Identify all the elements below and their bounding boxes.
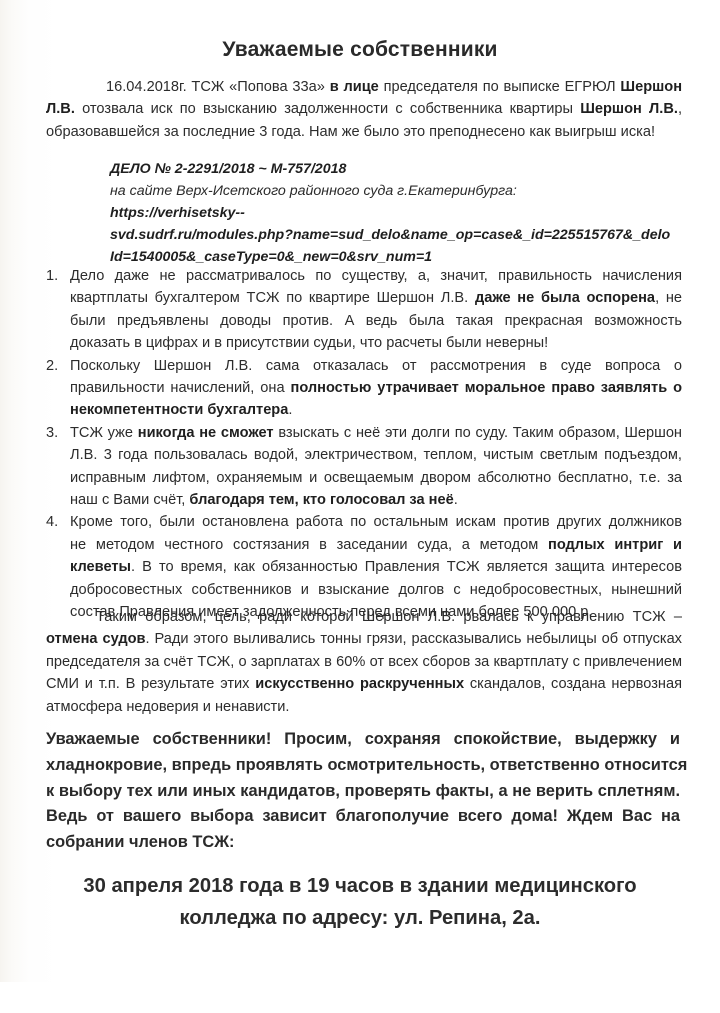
bold-text: клеветы <box>70 559 131 575</box>
text: атмосфера недоверия и ненависти. <box>46 699 289 715</box>
text: добросовестных собственников и взыскание… <box>70 582 682 598</box>
text: доказать в цифрах и в присутствии судьи,… <box>70 335 548 351</box>
text-line: на сайте Верх-Исетского районного суда г… <box>110 180 695 202</box>
text: , <box>678 101 682 117</box>
text-line: Поскольку Шершон Л.В. сама отказалась от… <box>70 355 682 377</box>
text-line: доказать в цифрах и в присутствии судьи,… <box>70 332 682 354</box>
meeting-line-2: колледжа по адресу: ул. Репина, 2а. <box>0 902 720 934</box>
text-line: были предъявлены доводы против. А ведь б… <box>70 310 682 332</box>
meeting-announcement: 30 апреля 2018 года в 19 часов в здании … <box>0 870 720 934</box>
case-reference: ДЕЛО № 2-2291/2018 ~ М-757/2018на сайте … <box>110 158 695 268</box>
list-item: 1.Дело даже не рассматривалось по сущест… <box>46 265 682 355</box>
conclusion-paragraph: Таким образом, цель, ради которой Шершон… <box>46 606 682 718</box>
bold-text: Шершон <box>620 79 682 95</box>
text: председателя за счёт ТСЖ, о зарплатах в … <box>46 654 682 670</box>
list-item-text: Дело даже не рассматривалось по существу… <box>70 265 682 355</box>
list-number: 3. <box>46 422 58 444</box>
text: . В то время, как обязанностью Правления… <box>131 559 682 575</box>
text: правильности начислений, она <box>70 380 291 396</box>
bold-text: некомпетентности бухгалтера <box>70 402 288 418</box>
list-item-text: Поскольку Шершон Л.В. сама отказалась от… <box>70 355 682 422</box>
text-line: ДЕЛО № 2-2291/2018 ~ М-757/2018 <box>110 158 695 180</box>
text: 16.04.2018г. ТСЖ «Попова 33а» <box>106 79 330 95</box>
text-line: председателя за счёт ТСЖ, о зарплатах в … <box>46 651 682 673</box>
text-line: клеветы. В то время, как обязанностью Пр… <box>70 556 682 578</box>
list-number: 1. <box>46 265 58 287</box>
text-line: 16.04.2018г. ТСЖ «Попова 33а» в лице пре… <box>46 76 682 98</box>
text: были предъявлены доводы против. А ведь б… <box>70 313 682 329</box>
bold-text: Id=1540005&_caseType=0&_new=0&srv_num=1 <box>110 249 432 265</box>
bold-text: никогда не сможет <box>138 425 274 441</box>
text: не методом честного состязания в заседан… <box>70 537 548 553</box>
text: . <box>454 492 458 508</box>
appeal-line: собрании членов ТСЖ: <box>46 830 680 856</box>
list-item: 3.ТСЖ уже никогда не сможет взыскать с н… <box>46 422 682 512</box>
text: председателя по выписке ЕГРЮЛ <box>379 79 621 95</box>
appeal-line: Уважаемые собственники! Просим, сохраняя… <box>46 727 680 753</box>
bold-text: Л.В. <box>46 101 75 117</box>
bold-text: подлых интриг и <box>548 537 682 553</box>
appeal-line: Ведь от вашего выбора зависит благополуч… <box>46 804 680 830</box>
bold-text: https://verhisetsky-- <box>110 205 245 221</box>
text-line: svd.sudrf.ru/modules.php?name=sud_delo&n… <box>110 224 695 246</box>
list-item: 2.Поскольку Шершон Л.В. сама отказалась … <box>46 355 682 422</box>
list-number: 2. <box>46 355 58 377</box>
bold-text: в лице <box>330 79 379 95</box>
text: , не <box>655 290 682 306</box>
text-line: СМИ и т.п. В результате этих искусственн… <box>46 673 682 695</box>
text-line: добросовестных собственников и взыскание… <box>70 579 682 601</box>
scanned-page: Уважаемые собственники 16.04.2018г. ТСЖ … <box>0 0 720 982</box>
text: скандалов, создана нервозная <box>464 676 682 692</box>
bold-text: отмена судов <box>46 631 145 647</box>
bold-text: svd.sudrf.ru/modules.php?name=sud_delo&n… <box>110 227 670 243</box>
text-line: отмена судов. Ради этого выливались тонн… <box>46 628 682 650</box>
text-line: атмосфера недоверия и ненависти. <box>46 696 682 718</box>
text: . <box>288 402 292 418</box>
text-line: ТСЖ уже никогда не сможет взыскать с неё… <box>70 422 682 444</box>
text: на сайте Верх-Исетского районного суда г… <box>110 183 517 199</box>
bold-text: Шершон Л.В. <box>580 101 678 117</box>
document-title: Уважаемые собственники <box>0 38 720 62</box>
text-line: наш с Вами счёт, благодаря тем, кто голо… <box>70 489 682 511</box>
text: наш с Вами счёт, <box>70 492 189 508</box>
bold-text: моральное право заявлять о <box>465 380 682 396</box>
bold-text: полностью утрачивает <box>291 380 459 396</box>
appeal-paragraph: Уважаемые собственники! Просим, сохраняя… <box>46 727 680 856</box>
text-line: некомпетентности бухгалтера. <box>70 399 682 421</box>
meeting-line-1: 30 апреля 2018 года в 19 часов в здании … <box>0 870 720 902</box>
text-line: Кроме того, были остановлена работа по о… <box>70 511 682 533</box>
text-line: не методом честного состязания в заседан… <box>70 534 682 556</box>
text-line: Л.В. отозвала иск по взысканию задолженн… <box>46 98 682 120</box>
text: исправным лифтом, охраняемым и освещаемы… <box>70 470 682 486</box>
text: взыскать с неё эти долги по суду. Таким … <box>274 425 682 441</box>
text: Поскольку Шершон Л.В. сама отказалась от… <box>70 358 682 374</box>
bold-text: ДЕЛО № 2-2291/2018 ~ М-757/2018 <box>110 161 346 177</box>
bold-text: благодаря тем, кто голосовал за неё <box>189 492 453 508</box>
appeal-line: к выбору тех или иных кандидатов, провер… <box>46 779 680 805</box>
appeal-line: хладнокровие, впредь проявлять осмотрите… <box>46 753 680 779</box>
text-line: исправным лифтом, охраняемым и освещаемы… <box>70 467 682 489</box>
text: квартплаты бухгалтером ТСЖ по квартире Ш… <box>70 290 475 306</box>
text-line: Таким образом, цель, ради которой Шершон… <box>46 606 682 628</box>
text: отозвала иск по взысканию задолженности … <box>75 101 580 117</box>
text-line: правильности начислений, она полностью у… <box>70 377 682 399</box>
numbered-list: 1.Дело даже не рассматривалось по сущест… <box>46 265 682 624</box>
text: Кроме того, были остановлена работа по о… <box>70 514 682 530</box>
text: Л.В. 3 года пользовалась водой, электрич… <box>70 447 682 463</box>
text-line: Дело даже не рассматривалось по существу… <box>70 265 682 287</box>
intro-paragraph: 16.04.2018г. ТСЖ «Попова 33а» в лице пре… <box>46 76 682 143</box>
text: ТСЖ уже <box>70 425 138 441</box>
list-item-text: ТСЖ уже никогда не сможет взыскать с неё… <box>70 422 682 512</box>
text-line: Л.В. 3 года пользовалась водой, электрич… <box>70 444 682 466</box>
bold-text: даже не была оспорена <box>475 290 655 306</box>
text-line: https://verhisetsky-- <box>110 202 695 224</box>
text: . Ради этого выливались тонны грязи, рас… <box>145 631 682 647</box>
text: СМИ и т.п. В результате этих <box>46 676 255 692</box>
list-number: 4. <box>46 511 58 533</box>
text: Дело даже не рассматривалось по существу… <box>70 268 682 284</box>
text-line: образовавшейся за последние 3 года. Нам … <box>46 121 682 143</box>
bold-text: искусственно раскрученных <box>255 676 464 692</box>
text-line: квартплаты бухгалтером ТСЖ по квартире Ш… <box>70 287 682 309</box>
text: образовавшейся за последние 3 года. Нам … <box>46 124 655 140</box>
text: Таким образом, цель, ради которой Шершон… <box>96 609 682 625</box>
